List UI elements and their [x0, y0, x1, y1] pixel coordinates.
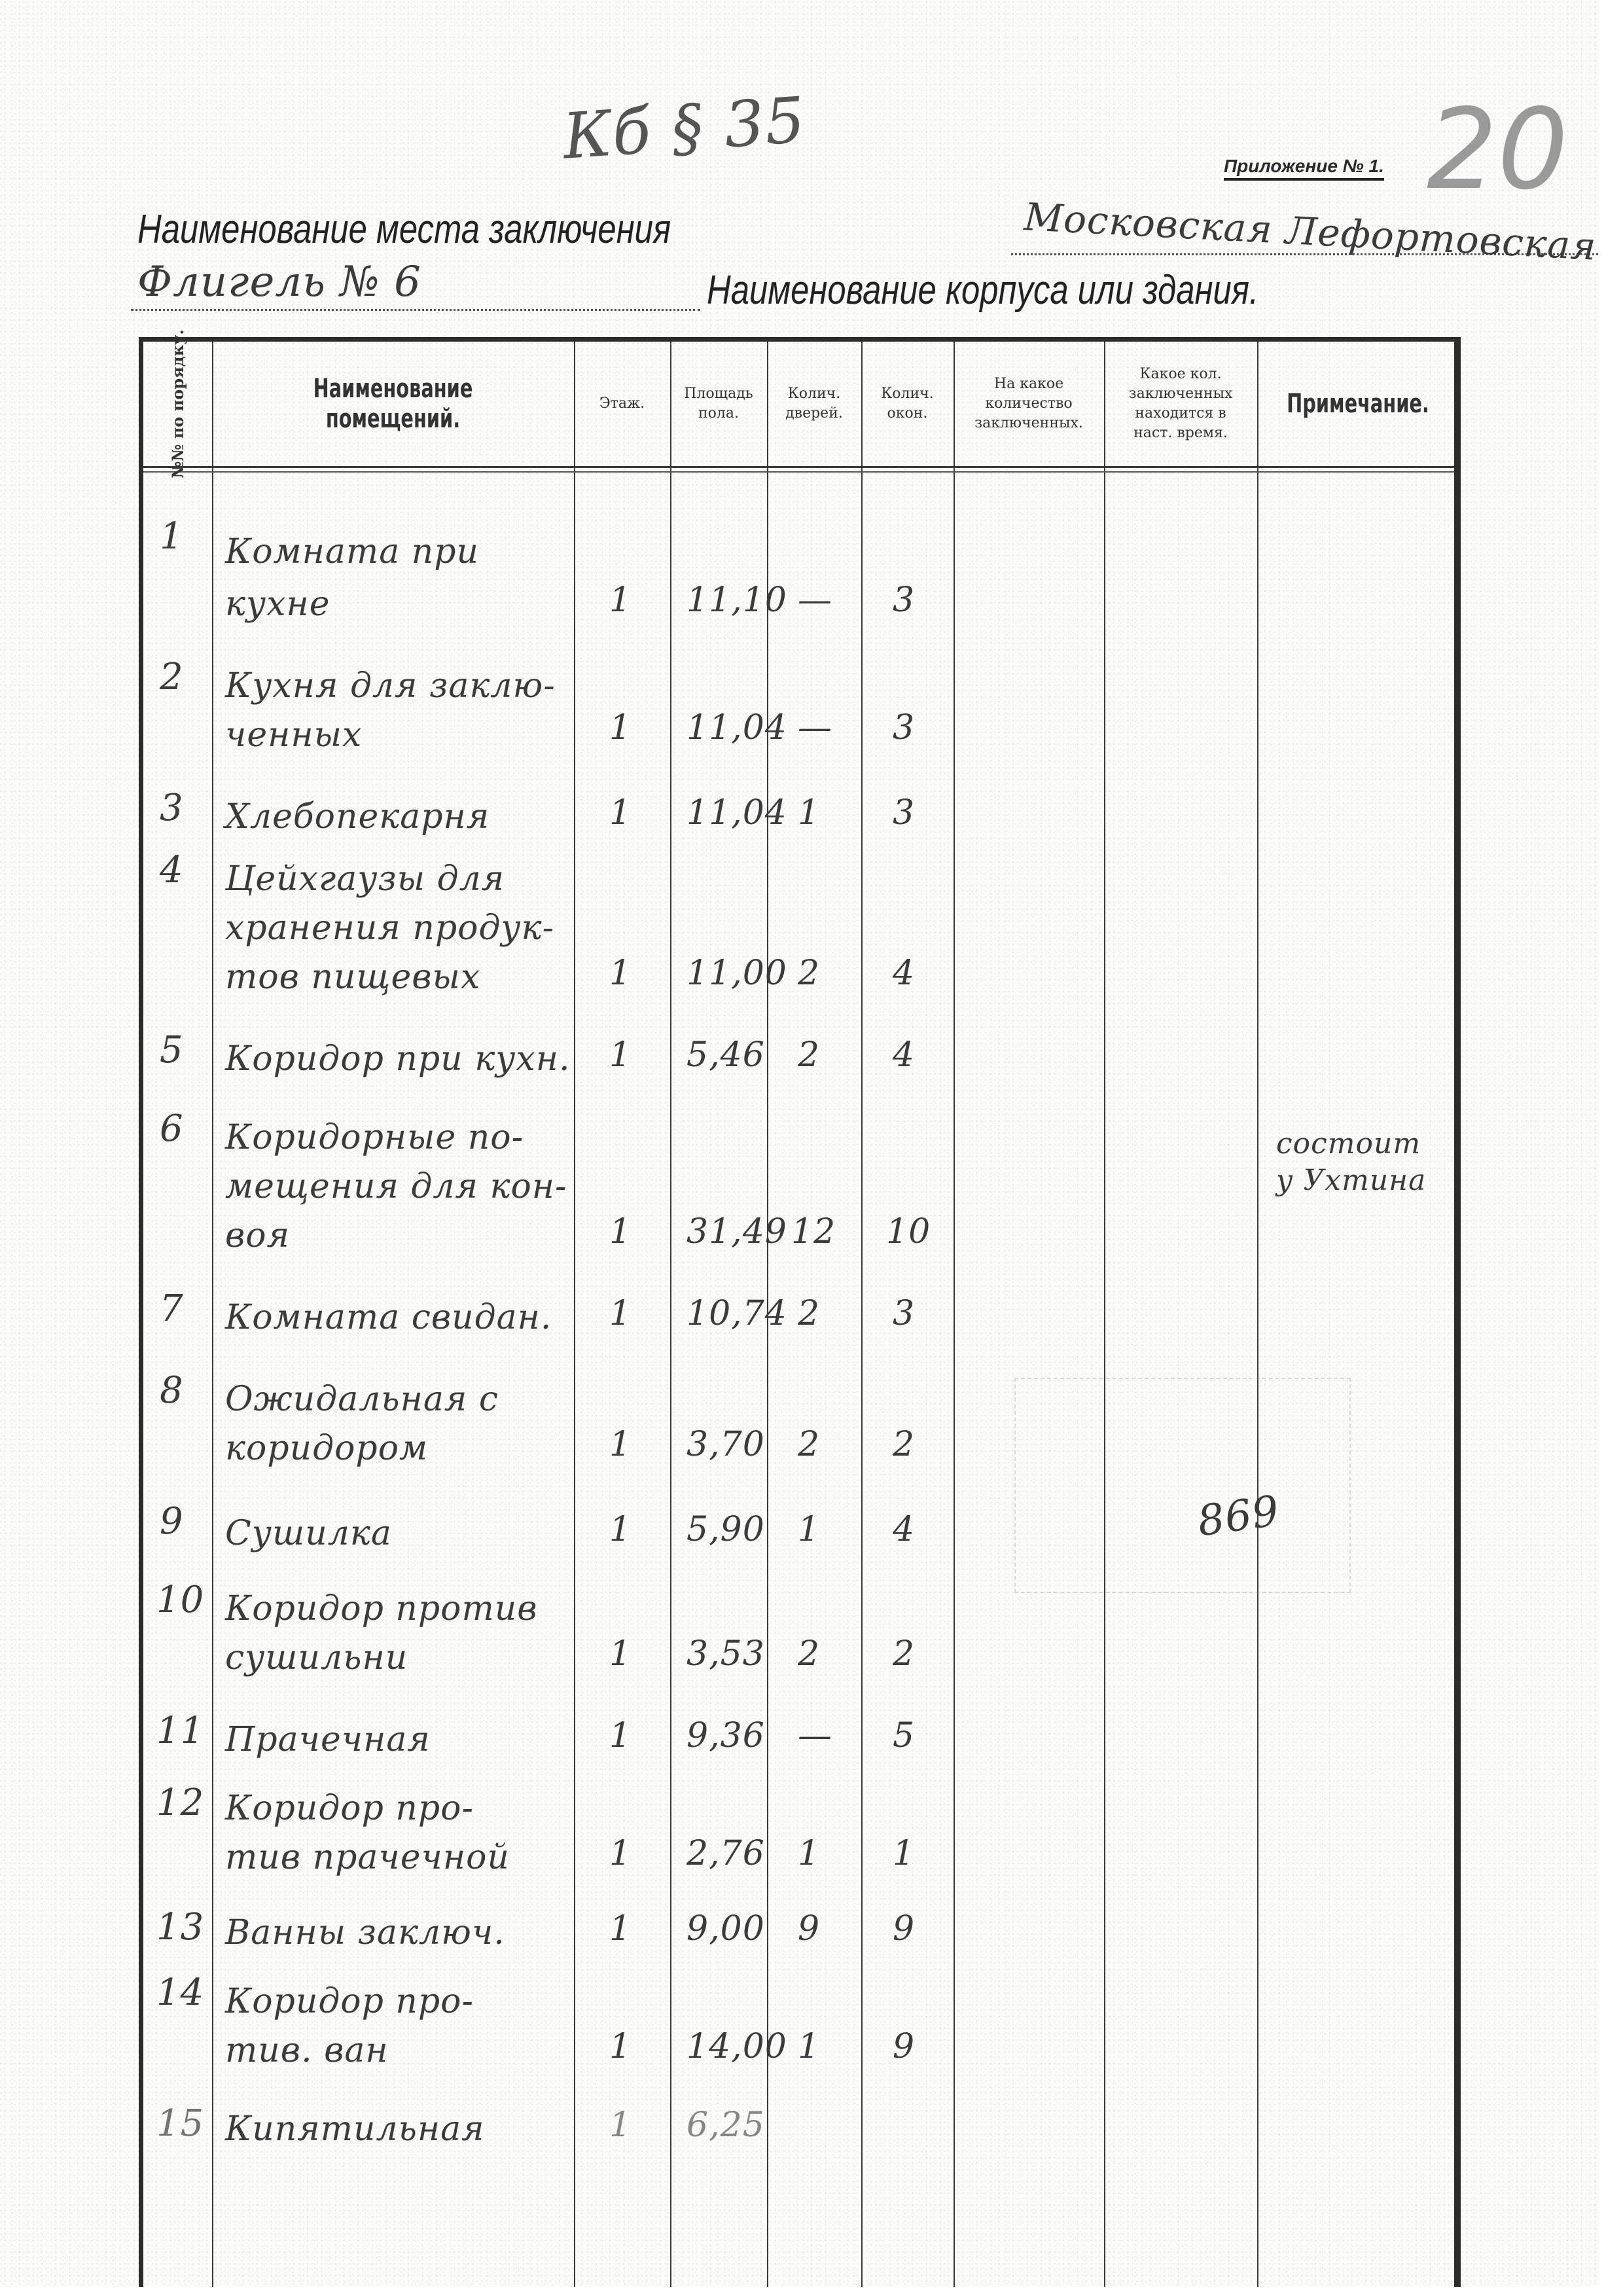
row-area: 5,90: [687, 1510, 765, 1549]
row-windows: 2: [893, 1634, 915, 1674]
row-num: 2: [160, 656, 184, 698]
row-num: 10: [156, 1579, 204, 1621]
row-area: 10,74: [687, 1294, 787, 1333]
column-divider: [1104, 342, 1105, 2296]
row-windows: 4: [893, 1035, 915, 1075]
remark-line: у Ухтина: [1276, 1162, 1426, 1199]
row-floor: 1: [609, 708, 632, 747]
row-num: 14: [156, 1971, 204, 2014]
row-num: 9: [160, 1500, 184, 1543]
header-note: Примечание.: [1285, 342, 1431, 466]
row-num: 1: [160, 515, 184, 558]
header-floor: Этаж.: [574, 342, 670, 466]
archive-mark: Кб § 35: [561, 83, 808, 173]
row-windows: 3: [893, 581, 915, 620]
row-windows: 3: [893, 708, 915, 747]
row-name: сушильни: [225, 1628, 408, 1688]
appendix-label: Приложение № 1.: [1224, 156, 1384, 181]
column-divider: [954, 342, 955, 2296]
row-floor: 1: [609, 1212, 632, 1251]
row-area: 11,00: [687, 954, 787, 993]
column-divider: [1257, 342, 1258, 2296]
header-rule: [143, 466, 1454, 468]
row-num: 5: [160, 1029, 184, 1071]
column-divider: [212, 342, 213, 2296]
row-area: 3,53: [687, 1634, 765, 1674]
remark-line: состоит: [1276, 1126, 1426, 1162]
header-num: №№ по порядку.: [143, 342, 212, 466]
sheet-number: 20: [1427, 85, 1568, 215]
header-doors: Колич. дверей.: [767, 342, 861, 466]
row-name: воя: [225, 1206, 290, 1266]
faded-stamp: [1014, 1378, 1351, 1593]
row-name: тив. ван: [225, 2020, 389, 2081]
scan-margin: [1599, 0, 1623, 2296]
row-area: 6,25: [687, 2106, 765, 2145]
header-area: Площадь пола.: [670, 342, 767, 466]
row-area: 5,46: [687, 1035, 765, 1075]
row-name: Комната при: [225, 522, 479, 582]
row-floor: 1: [609, 1035, 632, 1075]
row-area: 11,04: [687, 793, 787, 833]
row-windows: 4: [893, 1510, 915, 1549]
row-num: 6: [160, 1107, 184, 1150]
building-line: Флигель № 6 Наименование корпуса или зда…: [131, 262, 1597, 314]
row-floor: 1: [609, 1425, 632, 1464]
row-doors: 2: [798, 954, 820, 993]
row-doors: 1: [798, 2027, 820, 2066]
row-floor: 1: [609, 2027, 632, 2066]
row-area: 3,70: [687, 1425, 765, 1464]
row-area: 11,04: [687, 708, 787, 747]
row-floor: 1: [609, 793, 632, 833]
row-floor: 1: [609, 1294, 632, 1333]
header-capacity: На какое количество заключенных.: [954, 342, 1104, 466]
row-name: Ванны заключ.: [225, 1903, 505, 1963]
building-label: Наименование корпуса или здания.: [707, 267, 1258, 314]
row-num: 8: [160, 1369, 184, 1412]
column-divider: [670, 342, 671, 2296]
header-windows: Колич. окон.: [861, 342, 954, 466]
row-area: 11,10: [687, 581, 787, 620]
row-windows: 9: [893, 2027, 915, 2066]
row-num: 4: [160, 849, 184, 891]
row-doors: 9: [798, 1909, 820, 1948]
row-floor: 1: [609, 1716, 632, 1755]
remark-note: состоит у Ухтина: [1276, 1126, 1426, 1199]
header-current: Какое кол. заключенных находится в наст.…: [1104, 342, 1257, 466]
row-num: 7: [160, 1287, 184, 1330]
premises-register-table: №№ по порядку. Наименование помещений. Э…: [139, 337, 1461, 2296]
row-doors: 1: [798, 1510, 820, 1549]
row-doors: 1: [798, 793, 820, 833]
building-value: Флигель № 6: [137, 258, 421, 306]
row-windows: 3: [893, 1294, 915, 1333]
row-windows: 3: [893, 793, 915, 833]
column-divider: [861, 342, 863, 2296]
row-name: кухне: [225, 574, 330, 634]
row-num: 15: [156, 2102, 204, 2145]
building-field: Флигель № 6: [131, 262, 700, 311]
row-windows: 4: [893, 954, 915, 993]
row-floor: 1: [609, 1510, 632, 1549]
row-windows: 2: [893, 1425, 915, 1464]
row-num: 12: [156, 1782, 204, 1824]
row-name: тив прачечной: [225, 1827, 510, 1888]
row-floor: 1: [609, 1834, 632, 1873]
row-name: Комната свидан.: [225, 1287, 552, 1348]
row-doors: —: [798, 1716, 832, 1755]
row-doors: 1: [798, 1834, 820, 1873]
row-doors: 2: [798, 1425, 820, 1464]
row-windows: 5: [893, 1716, 915, 1755]
row-doors: 12: [791, 1212, 836, 1251]
row-name: Хлебопекарня: [225, 787, 490, 847]
row-area: 31,49: [687, 1212, 787, 1251]
row-num: 13: [156, 1906, 204, 1948]
row-doors: —: [798, 708, 832, 747]
header-name: Наименование помещений.: [262, 342, 523, 466]
row-name: коридором: [225, 1418, 428, 1479]
row-name: Прачечная: [225, 1710, 431, 1770]
row-name: Сушилка: [225, 1503, 392, 1564]
row-doors: 2: [798, 1634, 820, 1674]
row-floor: 1: [609, 581, 632, 620]
header-rule: [143, 471, 1454, 473]
row-name: Коридор при кухн.: [225, 1029, 571, 1089]
row-doors: 2: [798, 1294, 820, 1333]
place-of-detention-line: Наименование места заключения Московская…: [137, 206, 1597, 259]
scan-margin: [0, 2287, 1623, 2296]
row-name: тов пищевых: [225, 947, 480, 1007]
row-area: 14,00: [687, 2027, 787, 2066]
place-label: Наименование места заключения: [137, 206, 671, 253]
row-area: 9,00: [687, 1909, 765, 1948]
row-floor: 1: [609, 954, 632, 993]
row-windows: 10: [886, 1212, 931, 1251]
row-floor: 1: [609, 1634, 632, 1674]
place-field: Московская Лефортовская тюрьма: [1011, 206, 1623, 255]
row-num: 11: [156, 1710, 204, 1752]
row-area: 9,36: [687, 1716, 765, 1755]
row-floor: 1: [609, 1909, 632, 1948]
row-num: 3: [160, 787, 184, 829]
row-name: Кипятильная: [225, 2099, 485, 2159]
row-area: 2,76: [687, 1834, 765, 1873]
row-windows: 1: [893, 1834, 915, 1873]
row-doors: —: [798, 581, 832, 620]
column-divider: [574, 342, 575, 2296]
row-floor: 1: [609, 2106, 632, 2145]
row-windows: 9: [893, 1909, 915, 1948]
row-name: ченных: [225, 705, 362, 765]
row-doors: 2: [798, 1035, 820, 1075]
